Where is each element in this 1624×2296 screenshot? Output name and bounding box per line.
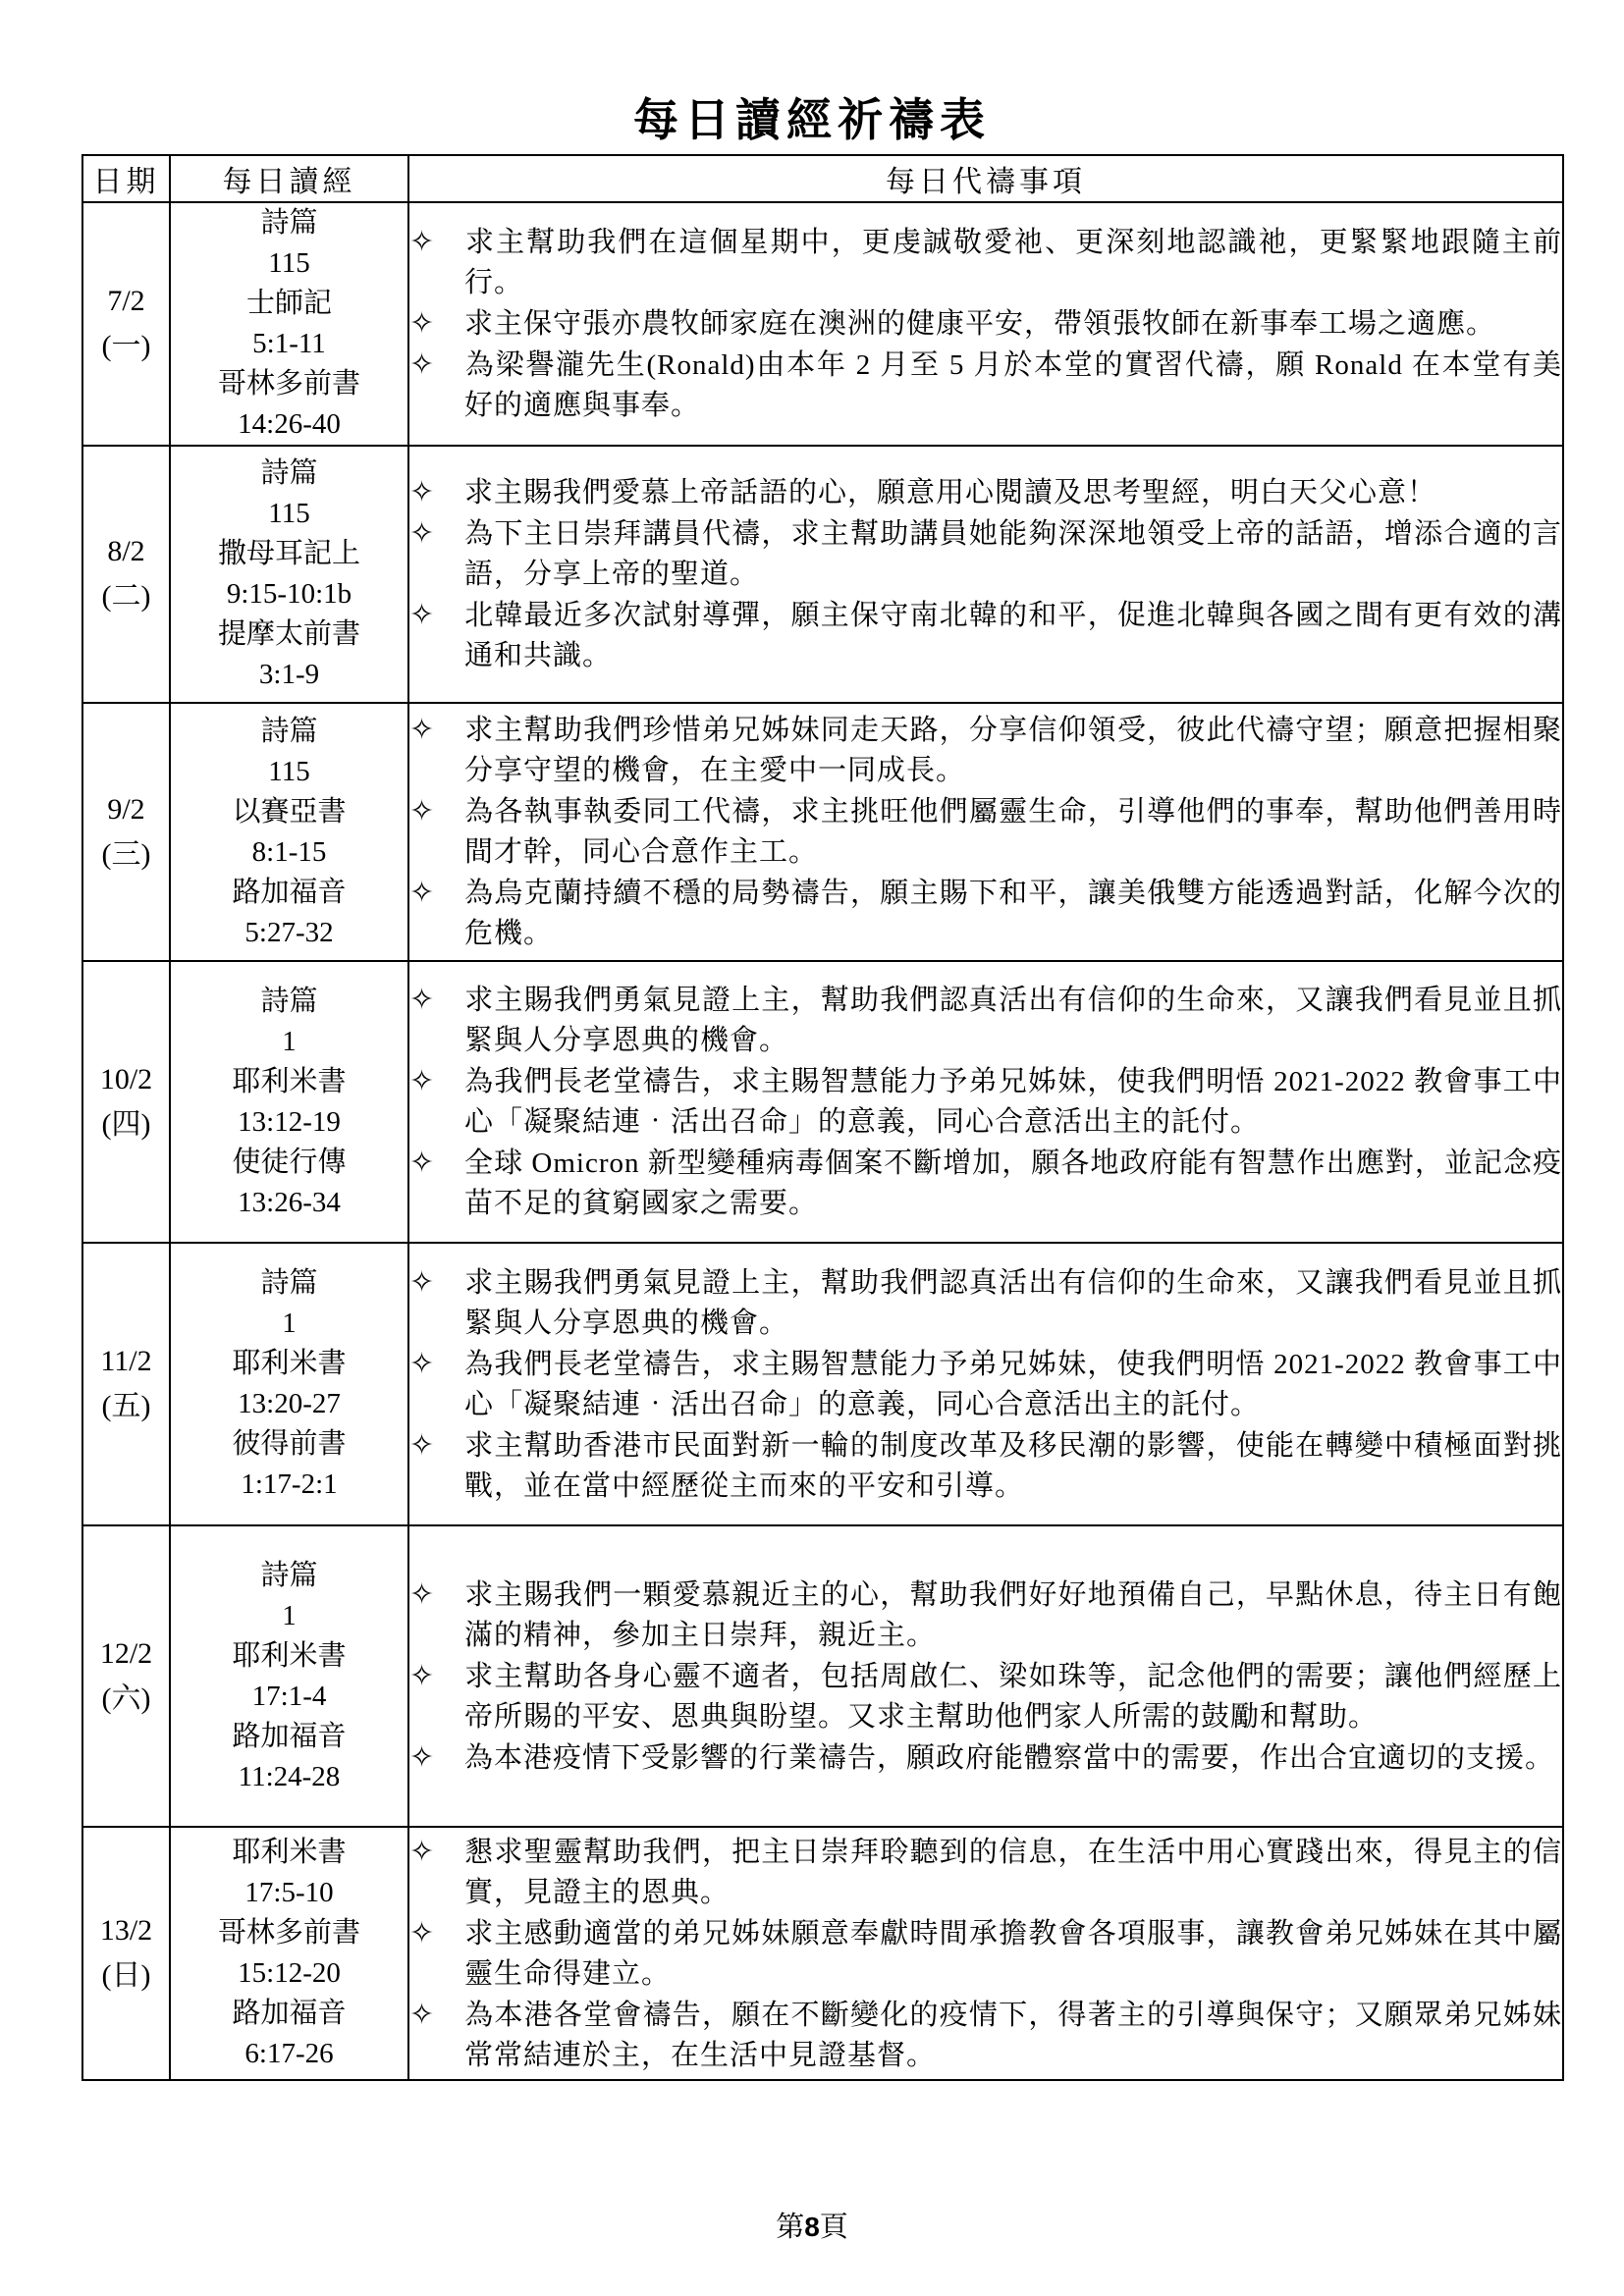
prayer-item: ✧全球 Omicron 新型變種病毒個案不斷增加，願各地政府能有智慧作出應對，並… — [409, 1143, 1562, 1224]
diamond-bullet-icon: ✧ — [409, 1344, 464, 1384]
date-value: 11/2 — [83, 1339, 169, 1384]
prayer-cell: ✧求主幫助我們在這個星期中，更虔誠敬愛祂、更深刻地認識祂，更緊緊地跟隨主前行。 … — [408, 202, 1563, 446]
reading-line: 11:24-28 — [171, 1757, 407, 1797]
diamond-bullet-icon: ✧ — [409, 873, 464, 913]
reading-line: 17:1-4 — [171, 1677, 407, 1717]
reading-line: 詩篇 — [171, 982, 407, 1022]
weekday-value: (三) — [83, 832, 169, 878]
reading-line: 提摩太前書 — [171, 614, 407, 655]
table-row: 11/2 (五) 詩篇 1 耶利米書 13:20-27 彼得前書 1:17-2:… — [82, 1243, 1563, 1525]
reading-line: 115 — [171, 494, 407, 534]
reading-cell: 詩篇 1 耶利米書 17:1-4 路加福音 11:24-28 — [170, 1525, 408, 1827]
diamond-bullet-icon: ✧ — [409, 791, 464, 831]
reading-line: 詩篇 — [171, 454, 407, 494]
date-cell: 8/2 (二) — [82, 446, 170, 703]
prayer-item: ✧求主感動適當的弟兄姊妹願意奉獻時間承擔教會各項服事，讓教會弟兄姊妹在其中屬靈生… — [409, 1913, 1562, 1995]
document-page: 每日讀經祈禱表 日期 每日讀經 每日代禱事項 7/2 (一) 詩篇 115 士師… — [0, 0, 1624, 2296]
column-header-prayer: 每日代禱事項 — [408, 155, 1563, 202]
prayer-item: ✧為我們長老堂禱告，求主賜智慧能力予弟兄姊妹，使我們明悟 2021-2022 教… — [409, 1061, 1562, 1143]
diamond-bullet-icon: ✧ — [409, 1425, 464, 1466]
reading-line: 8:1-15 — [171, 832, 407, 873]
diamond-bullet-icon: ✧ — [409, 1832, 464, 1872]
reading-line: 1 — [171, 1022, 407, 1062]
reading-line: 路加福音 — [171, 1717, 407, 1757]
diamond-bullet-icon: ✧ — [409, 513, 464, 554]
weekday-value: (六) — [83, 1677, 169, 1722]
diamond-bullet-icon: ✧ — [409, 1143, 464, 1183]
footer-suffix: 頁 — [820, 2212, 848, 2243]
reading-line: 3:1-9 — [171, 655, 407, 695]
weekday-value: (一) — [83, 324, 169, 369]
reading-line: 耶利米書 — [171, 1062, 407, 1102]
prayer-item: ✧求主賜我們愛慕上帝話語的心，願意用心閱讀及思考聖經，明白天父心意！ — [409, 472, 1562, 513]
prayer-text: 求主感動適當的弟兄姊妹願意奉獻時間承擔教會各項服事，讓教會弟兄姊妹在其中屬靈生命… — [464, 1918, 1562, 1990]
prayer-item: ✧為本港各堂會禱告，願在不斷變化的疫情下，得著主的引導與保守；又願眾弟兄姊妹常常… — [409, 1995, 1562, 2076]
reading-line: 9:15-10:1b — [171, 574, 407, 614]
prayer-text: 求主賜我們勇氣見證上主，幫助我們認真活出有信仰的生命來，又讓我們看見並且抓緊與人… — [464, 985, 1562, 1056]
prayer-text: 全球 Omicron 新型變種病毒個案不斷增加，願各地政府能有智慧作出應對，並記… — [464, 1148, 1562, 1219]
diamond-bullet-icon: ✧ — [409, 1575, 464, 1615]
diamond-bullet-icon: ✧ — [409, 1913, 464, 1953]
reading-line: 15:12-20 — [171, 1953, 407, 1994]
prayer-item: ✧為各執事執委同工代禱，求主挑旺他們屬靈生命，引導他們的事奉，幫助他們善用時間才… — [409, 791, 1562, 873]
prayer-cell: ✧求主賜我們一顆愛慕親近主的心，幫助我們好好地預備自己，早點休息，待主日有飽滿的… — [408, 1525, 1563, 1827]
diamond-bullet-icon: ✧ — [409, 1737, 464, 1778]
table-row: 8/2 (二) 詩篇 115 撒母耳記上 9:15-10:1b 提摩太前書 3:… — [82, 446, 1563, 703]
date-cell: 9/2 (三) — [82, 703, 170, 961]
prayer-cell: ✧懇求聖靈幫助我們，把主日崇拜聆聽到的信息，在生活中用心實踐出來，得見主的信實，… — [408, 1827, 1563, 2080]
weekday-value: (五) — [83, 1384, 169, 1429]
prayer-text: 為梁譽瀧先生(Ronald)由本年 2 月至 5 月於本堂的實習代禱，願 Ron… — [464, 349, 1562, 421]
table-row: 13/2 (日) 耶利米書 17:5-10 哥林多前書 15:12-20 路加福… — [82, 1827, 1563, 2080]
reading-cell: 耶利米書 17:5-10 哥林多前書 15:12-20 路加福音 6:17-26 — [170, 1827, 408, 2080]
prayer-item: ✧為烏克蘭持續不穩的局勢禱告，願主賜下和平，讓美俄雙方能透過對話，化解今次的危機… — [409, 873, 1562, 954]
reading-line: 14:26-40 — [171, 404, 407, 445]
prayer-item: ✧北韓最近多次試射導彈，願主保守南北韓的和平，促進北韓與各國之間有更有效的溝通和… — [409, 595, 1562, 676]
date-cell: 13/2 (日) — [82, 1827, 170, 2080]
prayer-text: 為下主日崇拜講員代禱，求主幫助講員她能夠深深地領受上帝的話語，增添合適的言語，分… — [464, 518, 1562, 590]
prayer-text: 為我們長老堂禱告，求主賜智慧能力予弟兄姊妹，使我們明悟 2021-2022 教會… — [464, 1349, 1562, 1420]
prayer-text: 北韓最近多次試射導彈，願主保守南北韓的和平，促進北韓與各國之間有更有效的溝通和共… — [464, 600, 1562, 671]
column-header-date: 日期 — [82, 155, 170, 202]
reading-line: 115 — [171, 752, 407, 792]
reading-cell: 詩篇 115 撒母耳記上 9:15-10:1b 提摩太前書 3:1-9 — [170, 446, 408, 703]
reading-line: 使徒行傳 — [171, 1143, 407, 1183]
prayer-item: ✧為下主日崇拜講員代禱，求主幫助講員她能夠深深地領受上帝的話語，增添合適的言語，… — [409, 513, 1562, 595]
prayer-item: ✧為我們長老堂禱告，求主賜智慧能力予弟兄姊妹，使我們明悟 2021-2022 教… — [409, 1344, 1562, 1425]
reading-line: 13:12-19 — [171, 1102, 407, 1143]
diamond-bullet-icon: ✧ — [409, 1061, 464, 1101]
table-row: 7/2 (一) 詩篇 115 士師記 5:1-11 哥林多前書 14:26-40… — [82, 202, 1563, 446]
prayer-item: ✧求主幫助我們在這個星期中，更虔誠敬愛祂、更深刻地認識祂，更緊緊地跟隨主前行。 — [409, 222, 1562, 303]
weekday-value: (四) — [83, 1102, 169, 1148]
reading-line: 詩篇 — [171, 203, 407, 243]
date-value: 9/2 — [83, 787, 169, 832]
prayer-item: ✧懇求聖靈幫助我們，把主日崇拜聆聽到的信息，在生活中用心實踐出來，得見主的信實，… — [409, 1832, 1562, 1913]
prayer-item: ✧求主幫助各身心靈不適者，包括周啟仁、梁如珠等，記念他們的需要；讓他們經歷上帝所… — [409, 1656, 1562, 1737]
prayer-cell: ✧求主賜我們愛慕上帝話語的心，願意用心閱讀及思考聖經，明白天父心意！ ✧為下主日… — [408, 446, 1563, 703]
reading-line: 5:27-32 — [171, 913, 407, 953]
date-cell: 10/2 (四) — [82, 961, 170, 1243]
reading-line: 13:26-34 — [171, 1183, 407, 1223]
date-value: 7/2 — [83, 279, 169, 324]
date-value: 13/2 — [83, 1908, 169, 1953]
date-value: 8/2 — [83, 529, 169, 574]
prayer-item: ✧求主幫助我們珍惜弟兄姊妹同走天路，分享信仰領受，彼此代禱守望；願意把握相聚分享… — [409, 710, 1562, 791]
prayer-schedule-table: 日期 每日讀經 每日代禱事項 7/2 (一) 詩篇 115 士師記 5:1-11… — [81, 154, 1564, 2081]
prayer-text: 為本港各堂會禱告，願在不斷變化的疫情下，得著主的引導與保守；又願眾弟兄姊妹常常結… — [464, 2000, 1562, 2071]
diamond-bullet-icon: ✧ — [409, 472, 464, 512]
reading-line: 士師記 — [171, 284, 407, 324]
diamond-bullet-icon: ✧ — [409, 1262, 464, 1303]
prayer-text: 求主賜我們一顆愛慕親近主的心，幫助我們好好地預備自己，早點休息，待主日有飽滿的精… — [464, 1579, 1562, 1651]
reading-line: 耶利米書 — [171, 1636, 407, 1677]
diamond-bullet-icon: ✧ — [409, 595, 464, 635]
date-value: 12/2 — [83, 1631, 169, 1677]
reading-line: 路加福音 — [171, 1994, 407, 2034]
reading-line: 1 — [171, 1596, 407, 1636]
prayer-item: ✧求主賜我們勇氣見證上主，幫助我們認真活出有信仰的生命來，又讓我們看見並且抓緊與… — [409, 980, 1562, 1061]
prayer-item: ✧為梁譽瀧先生(Ronald)由本年 2 月至 5 月於本堂的實習代禱，願 Ro… — [409, 345, 1562, 426]
reading-line: 6:17-26 — [171, 2034, 407, 2074]
reading-cell: 詩篇 115 以賽亞書 8:1-15 路加福音 5:27-32 — [170, 703, 408, 961]
reading-line: 1:17-2:1 — [171, 1465, 407, 1505]
reading-line: 以賽亞書 — [171, 792, 407, 832]
diamond-bullet-icon: ✧ — [409, 710, 464, 750]
date-cell: 7/2 (一) — [82, 202, 170, 446]
prayer-cell: ✧求主賜我們勇氣見證上主，幫助我們認真活出有信仰的生命來，又讓我們看見並且抓緊與… — [408, 1243, 1563, 1525]
reading-line: 路加福音 — [171, 873, 407, 913]
reading-cell: 詩篇 115 士師記 5:1-11 哥林多前書 14:26-40 — [170, 202, 408, 446]
prayer-item: ✧求主保守張亦農牧師家庭在澳洲的健康平安，帶領張牧師在新事奉工場之適應。 — [409, 303, 1562, 345]
table-row: 10/2 (四) 詩篇 1 耶利米書 13:12-19 使徒行傳 13:26-3… — [82, 961, 1563, 1243]
reading-line: 撒母耳記上 — [171, 534, 407, 574]
table-header-row: 日期 每日讀經 每日代禱事項 — [82, 155, 1563, 202]
column-header-reading: 每日讀經 — [170, 155, 408, 202]
diamond-bullet-icon: ✧ — [409, 222, 464, 262]
diamond-bullet-icon: ✧ — [409, 1995, 464, 2035]
page-footer: 第8頁 — [0, 2205, 1624, 2245]
reading-line: 哥林多前書 — [171, 364, 407, 404]
reading-line: 詩篇 — [171, 712, 407, 752]
diamond-bullet-icon: ✧ — [409, 1656, 464, 1696]
diamond-bullet-icon: ✧ — [409, 980, 464, 1020]
reading-line: 詩篇 — [171, 1556, 407, 1596]
reading-line: 5:1-11 — [171, 324, 407, 364]
prayer-text: 求主保守張亦農牧師家庭在澳洲的健康平安，帶領張牧師在新事奉工場之適應。 — [464, 308, 1495, 340]
reading-cell: 詩篇 1 耶利米書 13:20-27 彼得前書 1:17-2:1 — [170, 1243, 408, 1525]
reading-line: 詩篇 — [171, 1263, 407, 1304]
date-cell: 12/2 (六) — [82, 1525, 170, 1827]
prayer-item: ✧為本港疫情下受影響的行業禱告，願政府能體察當中的需要，作出合宜適切的支援。 — [409, 1737, 1562, 1779]
reading-line: 1 — [171, 1304, 407, 1344]
reading-line: 耶利米書 — [171, 1344, 407, 1384]
weekday-value: (二) — [83, 574, 169, 619]
date-value: 10/2 — [83, 1057, 169, 1102]
reading-line: 哥林多前書 — [171, 1913, 407, 1953]
reading-line: 彼得前書 — [171, 1424, 407, 1465]
footer-prefix: 第 — [776, 2212, 804, 2243]
prayer-item: ✧求主幫助香港市民面對新一輪的制度改革及移民潮的影響，使能在轉變中積極面對挑戰，… — [409, 1425, 1562, 1507]
table-row: 12/2 (六) 詩篇 1 耶利米書 17:1-4 路加福音 11:24-28 … — [82, 1525, 1563, 1827]
reading-line: 耶利米書 — [171, 1833, 407, 1873]
page-number: 8 — [804, 2212, 820, 2242]
prayer-text: 求主賜我們勇氣見證上主，幫助我們認真活出有信仰的生命來，又讓我們看見並且抓緊與人… — [464, 1267, 1562, 1339]
prayer-text: 懇求聖靈幫助我們，把主日崇拜聆聽到的信息，在生活中用心實踐出來，得見主的信實，見… — [464, 1837, 1562, 1908]
diamond-bullet-icon: ✧ — [409, 303, 464, 344]
prayer-text: 求主幫助我們珍惜弟兄姊妹同走天路，分享信仰領受，彼此代禱守望；願意把握相聚分享守… — [464, 715, 1562, 786]
date-cell: 11/2 (五) — [82, 1243, 170, 1525]
weekday-value: (日) — [83, 1953, 169, 1999]
reading-line: 115 — [171, 243, 407, 284]
reading-cell: 詩篇 1 耶利米書 13:12-19 使徒行傳 13:26-34 — [170, 961, 408, 1243]
prayer-item: ✧求主賜我們一顆愛慕親近主的心，幫助我們好好地預備自己，早點休息，待主日有飽滿的… — [409, 1575, 1562, 1656]
diamond-bullet-icon: ✧ — [409, 345, 464, 385]
prayer-text: 求主幫助各身心靈不適者，包括周啟仁、梁如珠等，記念他們的需要；讓他們經歷上帝所賜… — [464, 1661, 1562, 1733]
reading-line: 13:20-27 — [171, 1384, 407, 1424]
prayer-text: 求主幫助香港市民面對新一輪的制度改革及移民潮的影響，使能在轉變中積極面對挑戰，並… — [464, 1430, 1562, 1502]
prayer-item: ✧求主賜我們勇氣見證上主，幫助我們認真活出有信仰的生命來，又讓我們看見並且抓緊與… — [409, 1262, 1562, 1344]
prayer-text: 為我們長老堂禱告，求主賜智慧能力予弟兄姊妹，使我們明悟 2021-2022 教會… — [464, 1066, 1562, 1138]
prayer-text: 為烏克蘭持續不穩的局勢禱告，願主賜下和平，讓美俄雙方能透過對話，化解今次的危機。 — [464, 878, 1562, 949]
prayer-cell: ✧求主賜我們勇氣見證上主，幫助我們認真活出有信仰的生命來，又讓我們看見並且抓緊與… — [408, 961, 1563, 1243]
prayer-text: 求主幫助我們在這個星期中，更虔誠敬愛祂、更深刻地認識祂，更緊緊地跟隨主前行。 — [464, 227, 1562, 298]
page-title: 每日讀經祈禱表 — [0, 84, 1624, 149]
reading-line: 17:5-10 — [171, 1873, 407, 1913]
table-row: 9/2 (三) 詩篇 115 以賽亞書 8:1-15 路加福音 5:27-32 … — [82, 703, 1563, 961]
prayer-text: 求主賜我們愛慕上帝話語的心，願意用心閱讀及思考聖經，明白天父心意！ — [464, 477, 1436, 508]
prayer-text: 為各執事執委同工代禱，求主挑旺他們屬靈生命，引導他們的事奉，幫助他們善用時間才幹… — [464, 796, 1562, 868]
prayer-cell: ✧求主幫助我們珍惜弟兄姊妹同走天路，分享信仰領受，彼此代禱守望；願意把握相聚分享… — [408, 703, 1563, 961]
prayer-text: 為本港疫情下受影響的行業禱告，願政府能體察當中的需要，作出合宜適切的支援。 — [464, 1742, 1554, 1774]
